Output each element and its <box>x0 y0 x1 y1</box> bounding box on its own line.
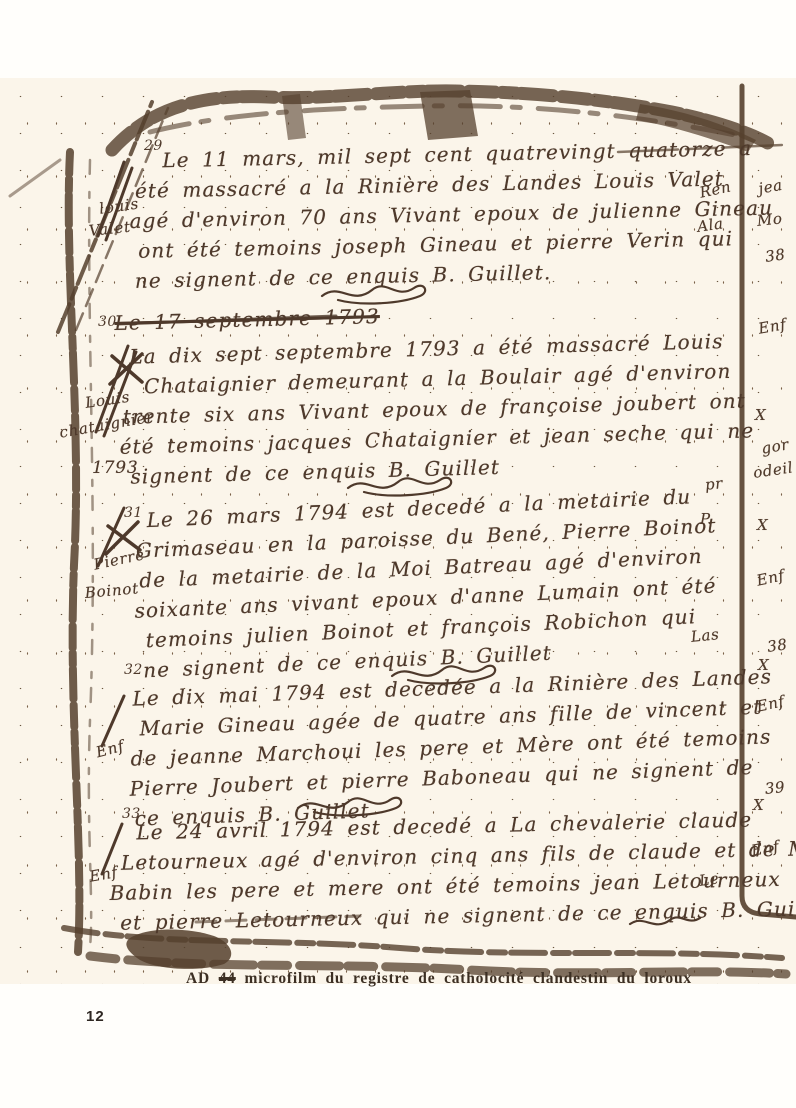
facing-page-fragment: X <box>757 516 768 534</box>
facing-page-fragment: X <box>755 406 766 424</box>
facing-page-fragment: 38 <box>764 245 787 266</box>
facing-page-fragment: X <box>753 796 764 814</box>
register-entry: Le 17 septembre 1793 La dix sept septemb… <box>114 291 755 492</box>
register-entry: Le 11 mars, mil sept cent quatrevingt qu… <box>128 133 775 296</box>
facing-page-fragment: Ala <box>696 214 725 235</box>
facing-page-fragment: 38 <box>766 635 789 656</box>
facing-page-fragment: X <box>758 656 769 674</box>
caption: AD 44 microfilm du registre de catholoci… <box>186 970 706 988</box>
facing-page-fragment: Mo <box>756 209 783 230</box>
facing-page-fragment: Las <box>690 625 720 646</box>
register-entry: Le 24 avril 1794 est decedé a La chevale… <box>108 802 796 938</box>
facing-page-fragment: pr <box>704 474 724 494</box>
page-number: 12 <box>86 1008 105 1025</box>
entry-number: 32 <box>124 662 143 678</box>
scanned-register-page: 29 louis Valet Le 11 mars, mil sept cent… <box>0 0 796 1108</box>
caption-crossed-number: 44 <box>219 970 236 987</box>
facing-page-fragment: 39 <box>764 778 786 798</box>
register-entry: Le 26 mars 1794 est decedé a la metairie… <box>126 480 722 686</box>
caption-archive-code: AD <box>186 970 210 987</box>
facing-page-fragment: P. <box>700 510 713 528</box>
facing-page-fragment: Le <box>698 869 720 890</box>
caption-text: microfilm du registre de catholocité cla… <box>244 970 691 987</box>
